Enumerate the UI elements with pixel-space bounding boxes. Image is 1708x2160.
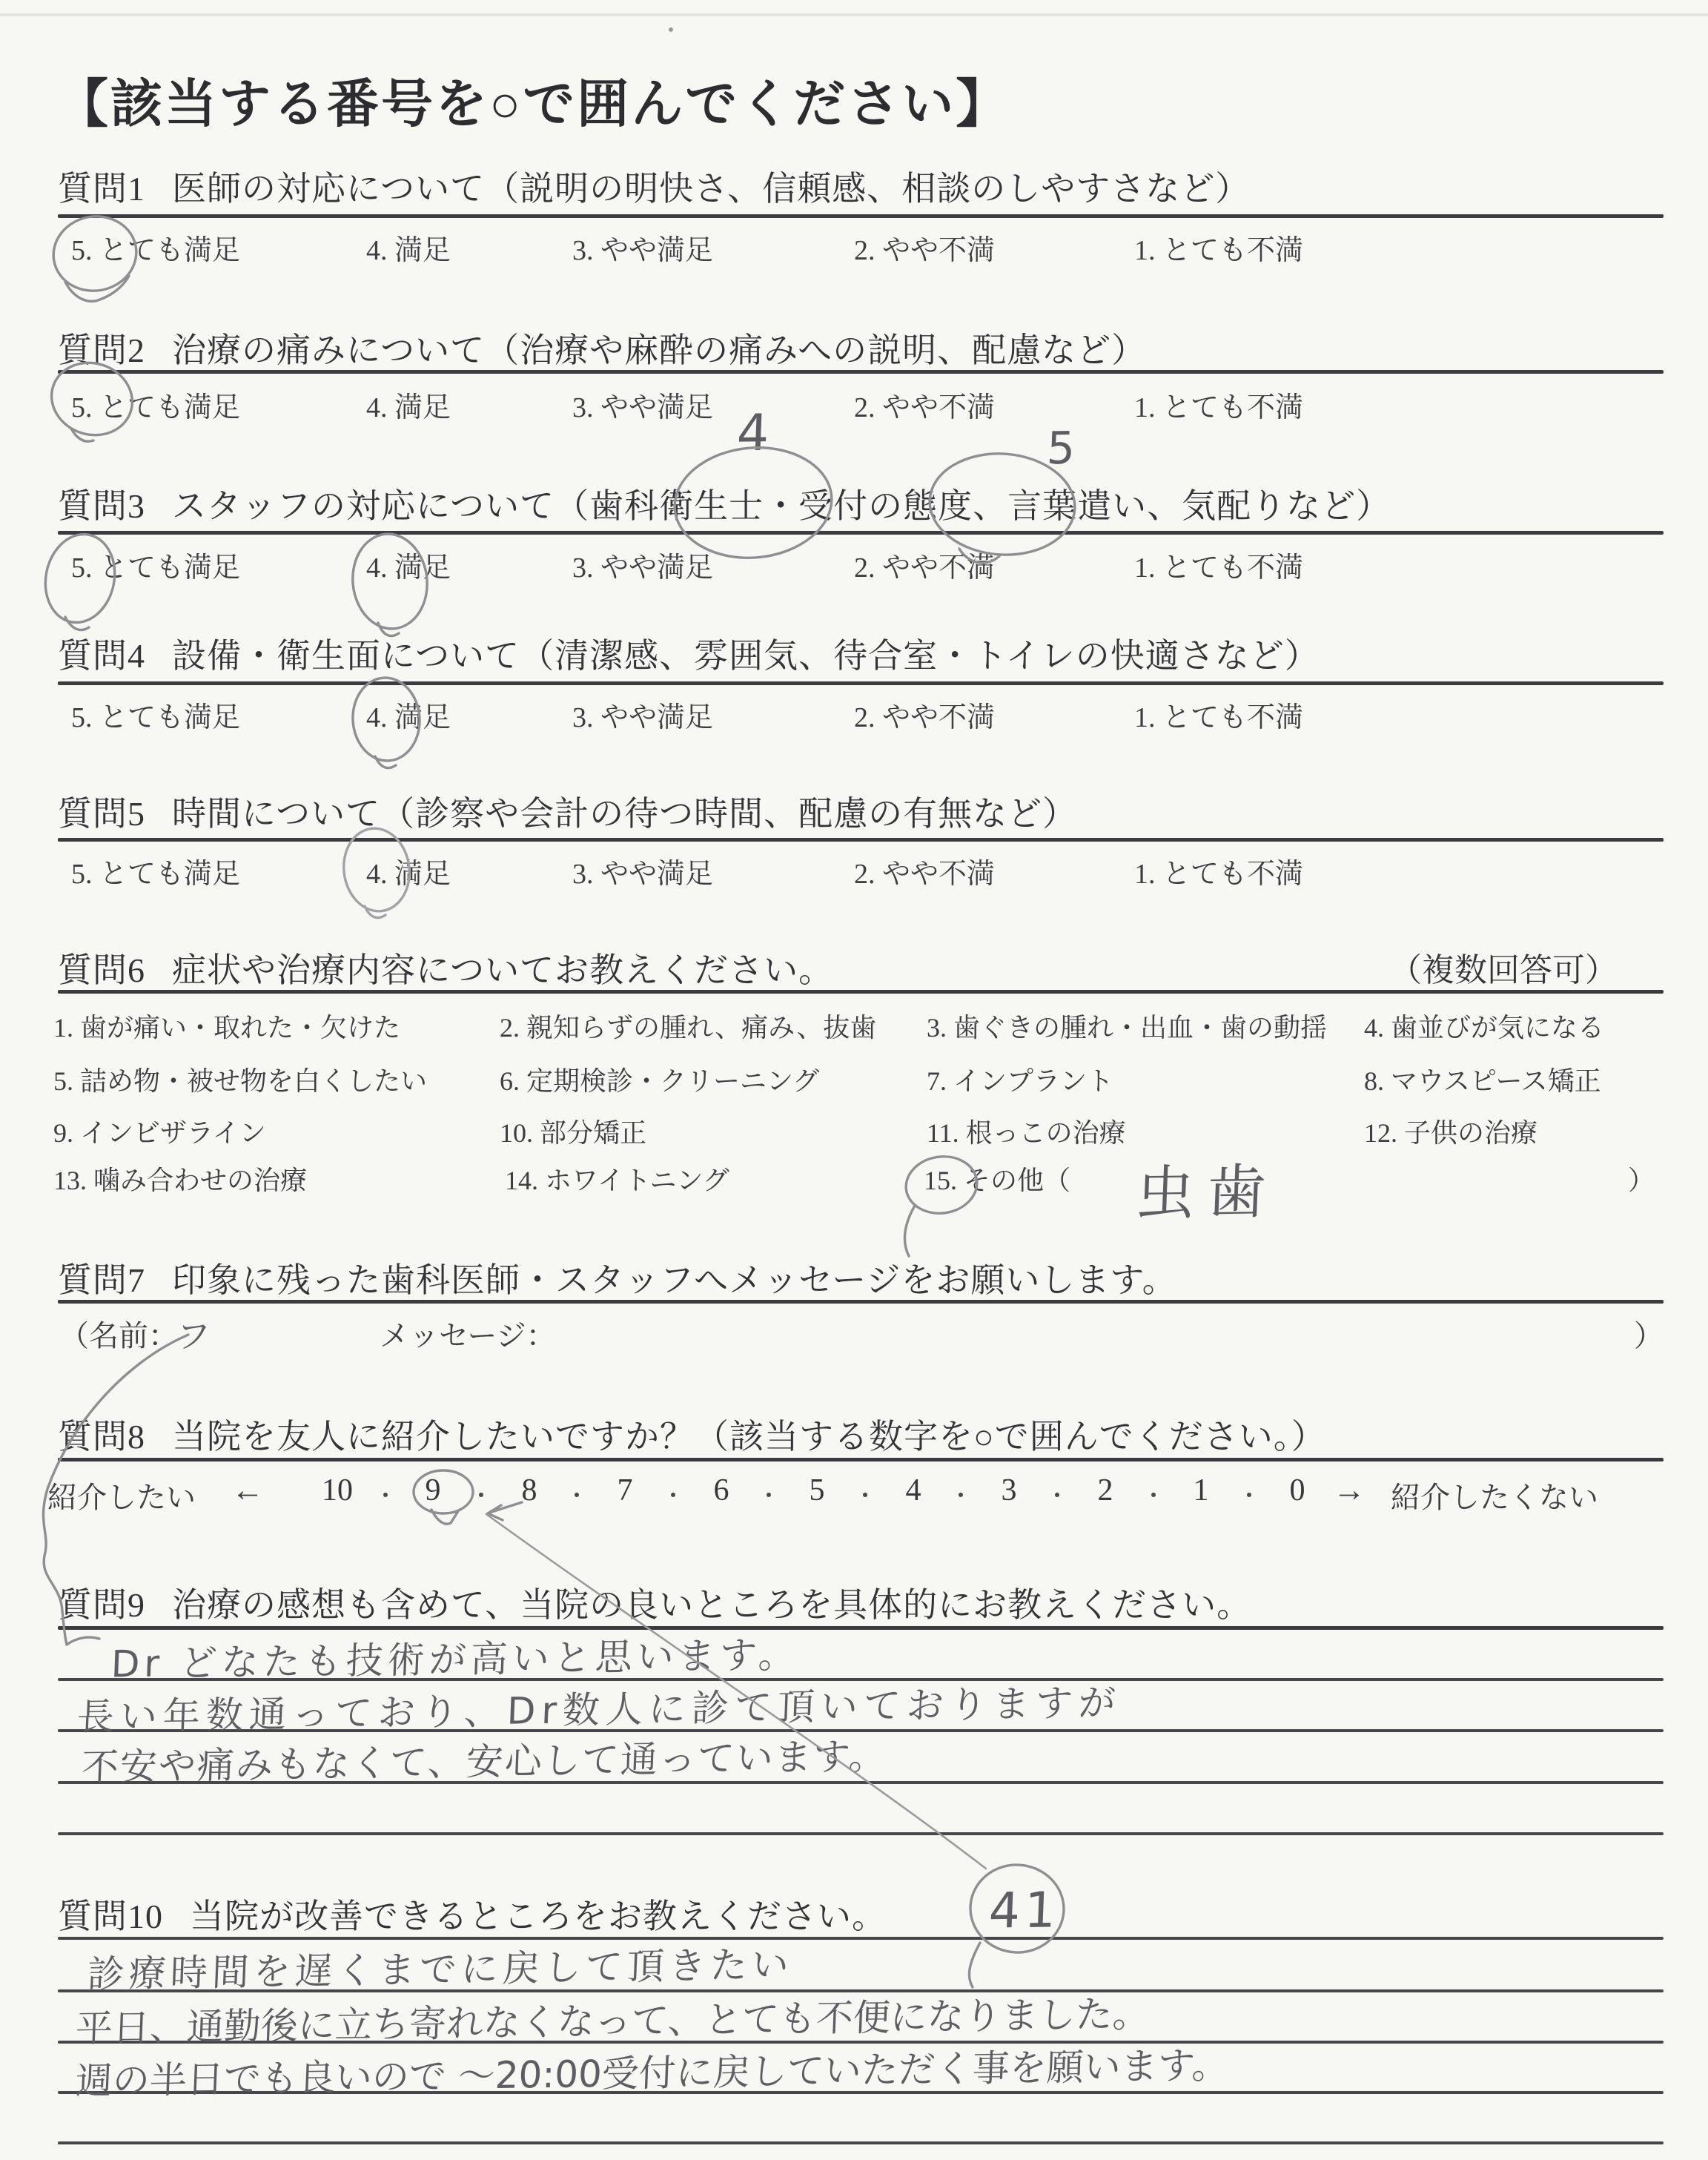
q8-num-1: 1	[1194, 1473, 1209, 1508]
q5-option-3: 3. やや満足	[572, 851, 713, 891]
q9-answer-line	[58, 1832, 1664, 1835]
q8-num-9: 9	[426, 1473, 441, 1508]
q6-item-3: 3. 歯ぐきの腫れ・出血・歯の動揺	[927, 1007, 1327, 1045]
q7-rule-line	[58, 1300, 1664, 1304]
q6-item-11: 11. 根っこの治療	[927, 1112, 1126, 1150]
q8-dot: ・	[1045, 1477, 1069, 1511]
q1-option-2: 2. やや不満	[854, 227, 995, 268]
q10-answer-line	[58, 1937, 1664, 1940]
q8-circle-tail	[431, 1510, 458, 1524]
q10-circle-tail	[969, 1943, 980, 1987]
q3-rule-line	[58, 531, 1664, 535]
q1-option-1: 1. とても不満	[1134, 227, 1303, 268]
q8-header: 質問8当院を友人に紹介したいですか？（該当する数字を○で囲んでください。）	[58, 1410, 1326, 1459]
q6-item-15-other: 15. その他（	[924, 1160, 1070, 1198]
q4-header: 質問4設備・衛生面について（清潔感、雰囲気、待合室・トイレの快適さなど）	[58, 629, 1320, 678]
stray-pencil-curve-flick	[67, 1637, 99, 1645]
q6-item-5: 5. 詰め物・被せ物を白くしたい	[53, 1060, 427, 1098]
q6-item-10: 10. 部分矯正	[500, 1112, 646, 1150]
q1-header: 質問1医師の対応について（説明の明快さ、信頼感、相談のしやすさなど）	[58, 162, 1250, 211]
q4-number: 質問4	[58, 629, 145, 678]
q9-title: 治療の感想も含めて、当院の良いところを具体的にお教えください。	[172, 1586, 1251, 1624]
q5-option-4: 4. 満足	[366, 851, 451, 891]
q6-rule-line	[58, 990, 1664, 994]
scan-speck	[669, 27, 673, 32]
q6-item-8: 8. マウスピース矯正	[1364, 1060, 1601, 1098]
q7-header: 質問7印象に残った歯科医師・スタッフへメッセージをお願いします。	[58, 1253, 1177, 1302]
q2-option-5: 5. とても満足	[71, 384, 240, 425]
q2-option-3: 3. やや満足	[572, 384, 713, 425]
handwritten-other-answer: 虫歯	[1134, 1144, 1280, 1232]
q2-header: 質問2治療の痛みについて（治療や麻酔の痛みへの説明、配慮など）	[58, 323, 1146, 372]
q3-option-3: 3. やや満足	[572, 544, 713, 585]
q8-label-want: 紹介したい	[47, 1474, 196, 1516]
q1-option-5: 5. とても満足	[71, 227, 240, 268]
q5-rule-line	[58, 838, 1664, 842]
q5-option-5: 5. とても満足	[71, 851, 240, 891]
q7-number: 質問7	[58, 1253, 145, 1302]
q8-dot: ・	[949, 1477, 973, 1511]
q8-title: 当院を友人に紹介したいですか？（該当する数字を○で囲んでください。）	[172, 1418, 1326, 1456]
q6-multi-answer-note: （複数回答可）	[1389, 943, 1618, 991]
q2-circle-tail	[71, 429, 93, 441]
q3-option-1: 1. とても不満	[1134, 544, 1303, 585]
q7-close-paren: ）	[1634, 1312, 1664, 1355]
q2-option-2: 2. やや不満	[854, 384, 995, 425]
q2-option-1: 1. とても不満	[1134, 384, 1303, 425]
q6-item-6: 6. 定期検診・クリーニング	[500, 1060, 819, 1098]
q1-option-3: 3. やや満足	[572, 227, 713, 268]
handwritten-digit-5: 5	[1046, 423, 1076, 475]
q6-other-close-paren: ）	[1628, 1160, 1655, 1198]
q5-title: 時間について（診察や会計の待つ時間、配慮の有無など）	[172, 795, 1077, 833]
q4-circle-tail	[375, 756, 396, 768]
q5-option-1: 1. とても不満	[1134, 851, 1303, 891]
q8-rule-line	[58, 1458, 1664, 1462]
q9-answer-line	[58, 1626, 1664, 1630]
q8-num-6: 6	[714, 1473, 729, 1508]
survey-scan-page: 【該当する番号を○で囲んでください】 質問1医師の対応について（説明の明快さ、信…	[0, 0, 1708, 2160]
q8-num-2: 2	[1098, 1473, 1113, 1508]
q6-item-9: 9. インビザライン	[53, 1112, 266, 1150]
q1-rule-line	[58, 214, 1664, 218]
handwritten-q9-line-3: 不安や痛みもなくて、安心して通っています。	[81, 1726, 889, 1791]
q3-option-2: 2. やや不満	[854, 544, 995, 585]
q8-num-3: 3	[1002, 1473, 1017, 1508]
q4-option-5: 5. とても満足	[71, 694, 240, 735]
q8-dot: ・	[1142, 1477, 1165, 1511]
q8-arrow-mark	[489, 1502, 522, 1513]
q1-number: 質問1	[58, 162, 145, 211]
q8-right-arrow-icon: →	[1333, 1471, 1366, 1509]
q6-header: 質問6症状や治療内容についてお教えください。	[58, 943, 833, 992]
q6-item-2: 2. 親知らずの腫れ、痛み、抜歯	[500, 1007, 876, 1045]
q10-number: 質問10	[58, 1889, 163, 1938]
handwritten-name-mark: フ	[176, 1309, 212, 1359]
q2-rule-line	[58, 370, 1664, 374]
handwritten-mark-41: 41	[988, 1881, 1062, 1939]
q9-header: 質問9治療の感想も含めて、当院の良いところを具体的にお教えください。	[58, 1578, 1251, 1627]
q7-message-label: メッセージ：	[380, 1312, 556, 1355]
q6-item-12: 12. 子供の治療	[1364, 1112, 1537, 1150]
q10-title: 当院が改善できるところをお教えください。	[190, 1898, 887, 1935]
q4-rule-line	[58, 681, 1664, 685]
q6-item-4: 4. 歯並びが気になる	[1364, 1007, 1604, 1045]
q8-dot: ・	[469, 1477, 493, 1511]
q1-option-4: 4. 満足	[366, 227, 451, 268]
q3-header: 質問3スタッフの対応について（歯科衛生士・受付の態度、言葉遣い、気配りなど）	[58, 479, 1391, 528]
q8-num-7: 7	[618, 1473, 633, 1508]
q8-left-arrow-icon: ←	[231, 1471, 264, 1509]
q8-dot: ・	[374, 1477, 397, 1511]
q3-circle-5-tail	[65, 617, 89, 630]
q8-num-4: 4	[906, 1473, 921, 1508]
q5-number: 質問5	[58, 787, 145, 836]
q8-num-5: 5	[810, 1473, 825, 1508]
q2-option-4: 4. 満足	[366, 384, 451, 425]
q6-item-13: 13. 噛み合わせの治療	[53, 1160, 307, 1198]
q8-circle-on-9	[414, 1470, 473, 1513]
q10-header: 質問10当院が改善できるところをお教えください。	[58, 1889, 887, 1938]
q8-dot: ・	[853, 1477, 877, 1511]
q4-option-4: 4. 満足	[366, 694, 451, 735]
q1-title: 医師の対応について（説明の明快さ、信頼感、相談のしやすさなど）	[172, 170, 1250, 208]
q1-circle-tail	[65, 276, 129, 301]
q8-num-0: 0	[1290, 1473, 1305, 1508]
q6-circle-tail	[904, 1206, 915, 1256]
q8-dot: ・	[1237, 1477, 1261, 1511]
q2-number: 質問2	[58, 323, 145, 372]
q4-title: 設備・衛生面について（清潔感、雰囲気、待合室・トイレの快適さなど）	[172, 637, 1320, 675]
q5-option-2: 2. やや不満	[854, 851, 995, 891]
q4-option-3: 3. やや満足	[572, 694, 713, 735]
q6-title: 症状や治療内容についてお教えください。	[172, 951, 833, 989]
q8-dot: ・	[661, 1477, 685, 1511]
q5-circle-tail	[365, 906, 385, 918]
q6-item-14: 14. ホワイトニング	[505, 1160, 729, 1198]
q2-title: 治療の痛みについて（治療や麻酔の痛みへの説明、配慮など）	[172, 331, 1146, 369]
q8-dot: ・	[565, 1477, 589, 1511]
q6-item-1: 1. 歯が痛い・取れた・欠けた	[53, 1007, 400, 1045]
handwritten-digit-4: 4	[735, 404, 769, 463]
page-title: 【該当する番号を○で囲んでください】	[56, 62, 1010, 137]
q9-number: 質問9	[58, 1578, 145, 1627]
q4-option-1: 1. とても不満	[1134, 694, 1303, 735]
q8-dot: ・	[757, 1477, 781, 1511]
q3-option-5: 5. とても満足	[71, 544, 240, 585]
q10-answer-line	[58, 2141, 1664, 2144]
q8-label-not-want: 紹介したくない	[1391, 1474, 1598, 1516]
q7-name-label: （名前：	[59, 1312, 178, 1355]
q8-num-10: 10	[322, 1473, 353, 1508]
q7-title: 印象に残った歯科医師・スタッフへメッセージをお願いします。	[172, 1261, 1177, 1299]
q5-header: 質問5時間について（診察や会計の待つ時間、配慮の有無など）	[58, 787, 1077, 836]
q6-number: 質問6	[58, 943, 145, 992]
q6-item-7: 7. インプラント	[927, 1060, 1113, 1098]
q4-option-2: 2. やや不満	[854, 694, 995, 735]
handwritten-q10-line-1: 診療時間を遅くまでに戻して頂きたい	[87, 1935, 795, 1998]
q8-num-8: 8	[522, 1473, 537, 1508]
q3-title: スタッフの対応について（歯科衛生士・受付の態度、言葉遣い、気配りなど）	[172, 487, 1391, 525]
q8-number: 質問8	[58, 1410, 145, 1459]
q3-number: 質問3	[58, 479, 145, 528]
q3-option-4: 4. 満足	[366, 544, 451, 585]
